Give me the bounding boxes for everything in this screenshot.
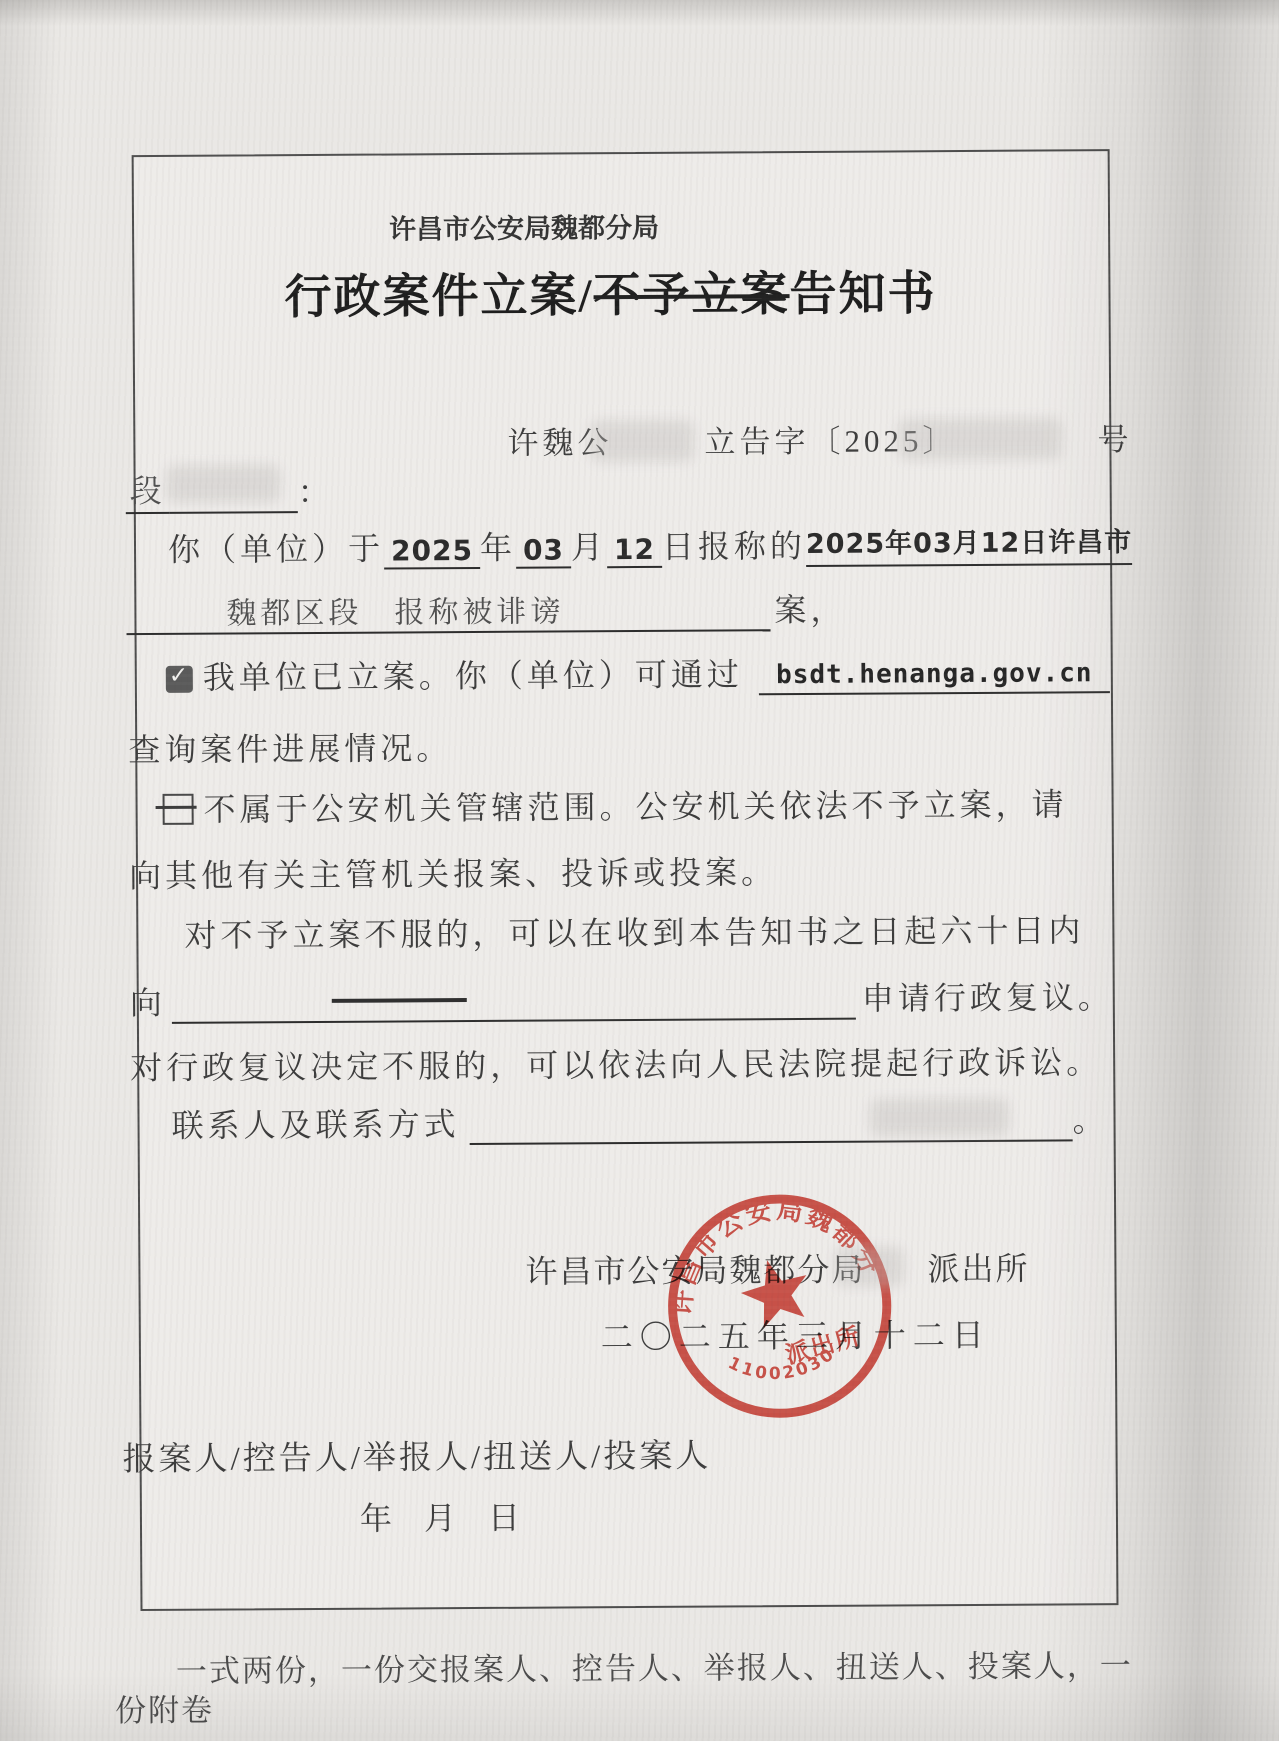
option-filed-line: ✓ 我单位已立案。你（单位）可通过 bsdt.henanga.gov.cn — [166, 647, 1110, 699]
ack-month-label: 月 — [424, 1500, 460, 1536]
case-progress-url: bsdt.henanga.gov.cn — [759, 658, 1110, 695]
report-year: 2025 — [384, 534, 480, 570]
footer-note-line-2: 份附卷 — [115, 1685, 214, 1731]
addressee-colon: ： — [298, 467, 334, 513]
checkbox-checked-icon: ✓ — [166, 666, 193, 693]
year-unit: 年 — [480, 523, 516, 569]
option-not-filed-line: 不属于公安机关管辖范围。公安机关依法不予立案，请 — [162, 779, 1067, 831]
checkbox-struck-icon — [163, 794, 194, 825]
title-part-not-filed-struck: 不予立案 — [593, 269, 789, 322]
scanned-document-page: 许昌市公安局魏都分局 行政案件立案/不予立案告知书 许魏公立告字〔2025〕号 … — [0, 0, 1279, 1741]
addressee-name: 段 — [126, 466, 170, 514]
ack-day-label: 日 — [488, 1500, 524, 1536]
day-unit: 日 — [662, 522, 698, 568]
month-unit: 月 — [571, 522, 607, 568]
review-authority-blank — [172, 974, 856, 1024]
case-description-fill-1: 2025年03月12日许昌市 — [806, 520, 1133, 567]
contact-period: 。 — [1072, 1095, 1108, 1141]
redaction-blur — [897, 417, 1062, 460]
case-number-suffix: 号 — [1097, 422, 1132, 457]
body-paragraph-1: 你（单位）于 2025年 03月 12日 报称的 2025年03月12日许昌市 — [168, 519, 1109, 571]
option-filed-continuation: 查询案件进展情况。 — [128, 723, 452, 771]
handwritten-dash-mark — [332, 998, 467, 1003]
redaction-blur — [834, 1246, 904, 1286]
case-description-line: 魏都区段 报称被诽谤 案， — [126, 585, 846, 635]
title-part-notice: 告知书 — [789, 268, 936, 321]
option-not-filed-text: 不属于公安机关管辖范围。公安机关依法不予立案，请 — [203, 779, 1067, 830]
p1-middle: 报称的 — [698, 521, 806, 568]
redaction-blur — [166, 464, 281, 503]
option-filed-text: 我单位已立案。你（单位）可通过 — [203, 649, 743, 698]
redaction-blur — [869, 1098, 1009, 1137]
review-application-line: 向 申请行政复议。 — [130, 972, 1114, 1024]
signers-line: 报案人/控告人/举报人/扭送人/投案人 — [122, 1430, 711, 1481]
review-rights-line-2: 对行政复议决定不服的，可以依法向人民法院提起行政诉讼。 — [130, 1037, 1102, 1089]
option-not-filed-continuation: 向其他有关主管机关报案、投诉或投案。 — [129, 847, 777, 897]
footer-note-line-1: 一式两份，一份交报案人、控告人、举报人、扭送人、投案人，一 — [176, 1640, 1133, 1691]
star-icon — [734, 1251, 816, 1331]
redaction-blur — [589, 420, 694, 463]
signature-date-blanks: 年月日 — [360, 1493, 524, 1540]
title-part-filed: 行政案件立案 — [284, 270, 578, 324]
ack-year-label: 年 — [360, 1501, 396, 1537]
case-word: 案， — [774, 585, 846, 631]
review-rights-line-1: 对不予立案不服的，可以在收到本告知书之日起六十日内 — [184, 905, 1084, 956]
report-day: 12 — [607, 533, 662, 568]
contact-label: 联系人及联系方式 — [171, 1099, 459, 1147]
p1-prefix: 你（单位）于 — [168, 524, 384, 571]
document-title: 行政案件立案/不予立案告知书 — [284, 256, 936, 327]
review-application-prefix: 向 — [130, 978, 166, 1024]
case-description-fill-2b: 报称被诽谤 — [394, 586, 564, 631]
case-description-blank: 魏都区段 报称被诽谤 — [126, 587, 770, 635]
report-month: 03 — [516, 533, 571, 568]
issuing-agency-header: 许昌市公安局魏都分局 — [389, 206, 659, 247]
title-slash: / — [578, 270, 593, 322]
case-description-fill-2a: 魏都区段 — [226, 588, 362, 633]
checkmark-glyph: ✓ — [169, 663, 188, 689]
review-application-suffix: 申请行政复议。 — [862, 972, 1114, 1020]
signature-station: 派出所 — [927, 1251, 1029, 1288]
